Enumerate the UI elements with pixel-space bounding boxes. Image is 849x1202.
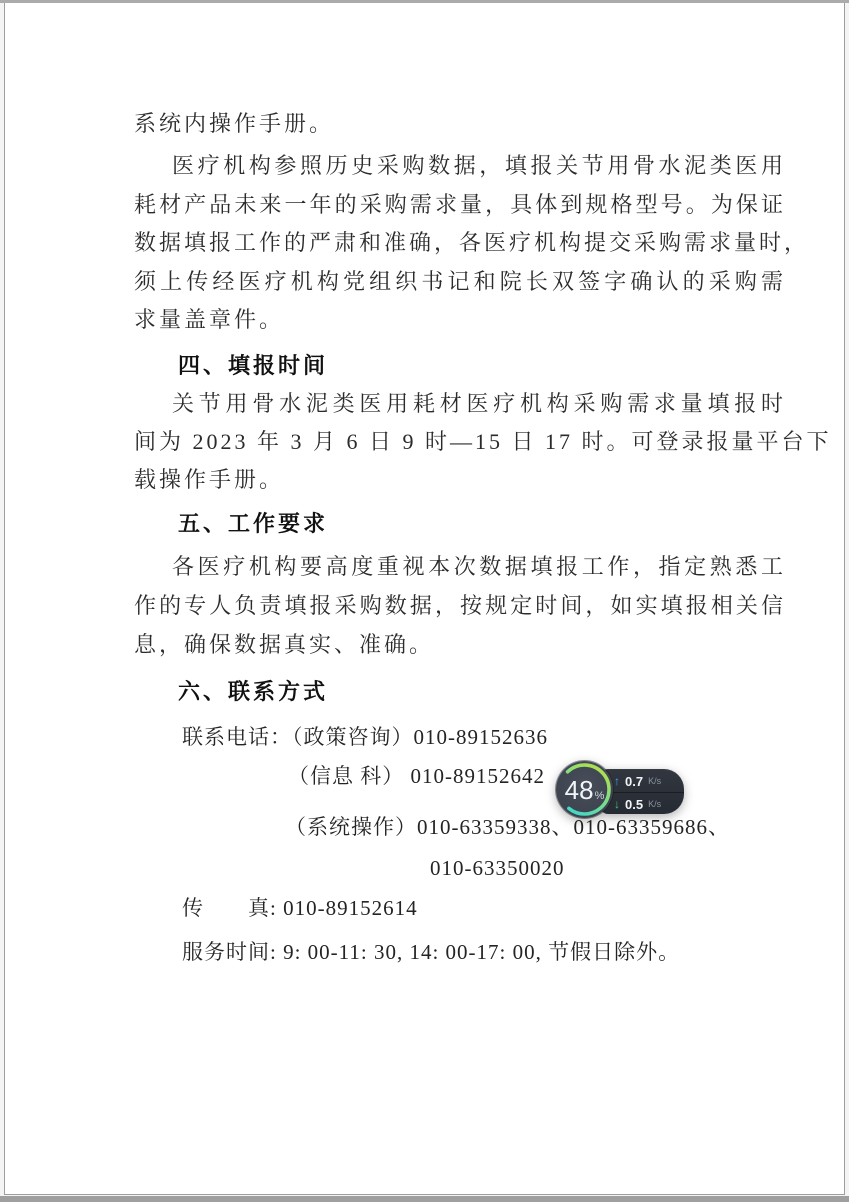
download-speed-unit: K/s <box>648 800 661 809</box>
paragraph-continuation-line: 系统内操作手册。 <box>134 105 334 143</box>
text-line: 医疗机构参照历史采购数据，填报关节用骨水泥类医用 <box>134 147 786 186</box>
text-line: 关节用骨水泥类医用耗材医疗机构采购需求量填报时 <box>134 385 786 423</box>
section-heading-contact-info: 六、联系方式 <box>178 677 328 707</box>
section-heading-filing-time: 四、填报时间 <box>178 351 328 381</box>
download-speed-value: 0.5 <box>625 798 643 811</box>
text-line: 求量盖章件。 <box>134 301 786 340</box>
text-line: 载操作手册。 <box>134 461 786 499</box>
contact-phone-system-ops-line-2: 010-63350020 <box>430 853 565 883</box>
text-line: 作的专人负责填报采购数据，按规定时间，如实填报相关信 <box>134 586 786 625</box>
progress-percent: 48 % <box>565 777 605 803</box>
contact-phone-info-dept-line: （信息 科） 010-89152642 <box>288 761 545 791</box>
download-progress-widget[interactable]: ↑ 0.7 K/s ↓ 0.5 K/s 48 % <box>554 757 688 825</box>
contact-fax-line: 传 真: 010-89152614 <box>182 893 418 923</box>
progress-percent-sign: % <box>595 791 605 802</box>
document-body: 系统内操作手册。 医疗机构参照历史采购数据，填报关节用骨水泥类医用耗材产品未来一… <box>0 0 849 1202</box>
scan-frame-bottom <box>0 1196 849 1202</box>
upload-speed-value: 0.7 <box>625 775 643 788</box>
progress-percent-value: 48 <box>565 777 594 803</box>
paragraph-reporting-requirements: 医疗机构参照历史采购数据，填报关节用骨水泥类医用耗材产品未来一年的采购需求量，具… <box>134 147 786 340</box>
upload-speed-unit: K/s <box>648 777 661 786</box>
text-line: 耗材产品未来一年的采购需求量，具体到规格型号。为保证 <box>134 186 786 225</box>
progress-circle[interactable]: 48 % <box>556 761 613 818</box>
paragraph-work-requirements: 各医疗机构要高度重视本次数据填报工作，指定熟悉工作的专人负责填报采购数据，按规定… <box>134 547 786 664</box>
text-line: 间为 2023 年 3 月 6 日 9 时—15 日 17 时。可登录报量平台下 <box>134 423 786 461</box>
contact-service-hours-line: 服务时间: 9: 00-11: 30, 14: 00-17: 00, 节假日除外… <box>182 937 680 967</box>
scan-frame-top <box>0 0 849 3</box>
upload-arrow-icon: ↑ <box>614 775 620 787</box>
text-line: 数据填报工作的严肃和准确，各医疗机构提交采购需求量时， <box>134 224 786 263</box>
text-line: 息，确保数据真实、准确。 <box>134 625 786 664</box>
screenshot-root: { "page": { "background": "#ffffff", "fr… <box>0 0 849 1202</box>
section-heading-work-requirements: 五、工作要求 <box>178 509 328 539</box>
text-line: 各医疗机构要高度重视本次数据填报工作，指定熟悉工 <box>134 547 786 586</box>
download-arrow-icon: ↓ <box>614 798 620 810</box>
paragraph-filing-time: 关节用骨水泥类医用耗材医疗机构采购需求量填报时间为 2023 年 3 月 6 日… <box>134 385 786 499</box>
contact-phone-policy-line: 联系电话：（政策咨询）010-89152636 <box>182 722 548 752</box>
text-line: 须上传经医疗机构党组织书记和院长双签字确认的采购需 <box>134 263 786 302</box>
